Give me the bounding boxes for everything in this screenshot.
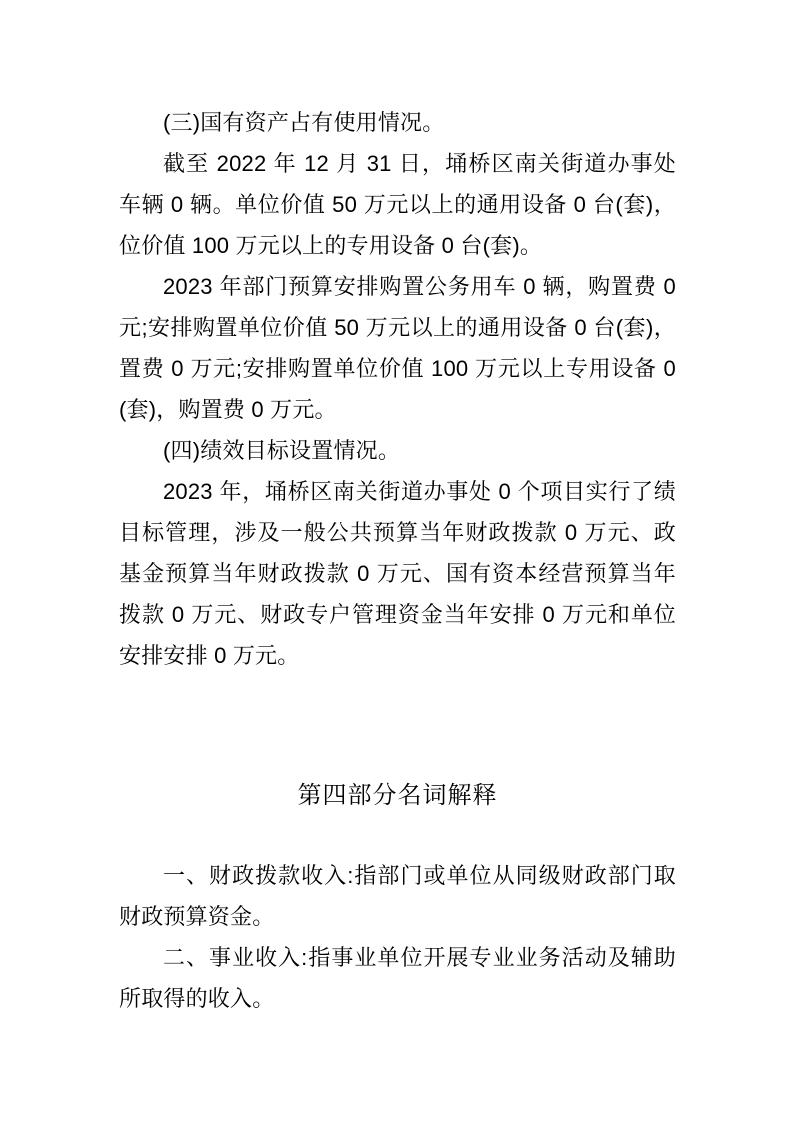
text-line: 截至 2022 年 12 月 31 日，埇桥区南关街道办事处共有 [119,143,676,184]
text-line: 所取得的收入。 [119,978,676,1019]
text-line: 一、财政拨款收入:指部门或单位从同级财政部门取得的 [119,855,676,896]
text-line: 目标管理，涉及一般公共预算当年财政拨款 0 万元、政府性 [119,512,676,553]
text-line: 位价值 100 万元以上的专用设备 0 台(套)。 [119,225,676,266]
section-title: 第四部分名词解释 [119,776,676,817]
paragraph-asset-usage-heading: (三)国有资产占有使用情况。 [119,102,676,143]
paragraph-asset-status: 截至 2022 年 12 月 31 日，埇桥区南关街道办事处共有 车辆 0 辆。… [119,143,676,266]
text-line: 车辆 0 辆。单位价值 50 万元以上的通用设备 0 台(套)，单 [119,184,676,225]
paragraph-performance-targets: 2023 年，埇桥区南关街道办事处 0 个项目实行了绩效 目标管理，涉及一般公共… [119,471,676,676]
text-line: 基金预算当年财政拨款 0 万元、国有资本经营预算当年财政 [119,553,676,594]
text-line: 拨款 0 万元、财政专户管理资金当年安排 0 万元和单位资金 [119,594,676,635]
paragraph-performance-heading: (四)绩效目标设置情况。 [119,430,676,471]
glossary-section: 一、财政拨款收入:指部门或单位从同级财政部门取得的 财政预算资金。 二、事业收入… [119,855,676,1019]
document-page: (三)国有资产占有使用情况。 截至 2022 年 12 月 31 日，埇桥区南关… [0,0,793,1122]
text-line: (三)国有资产占有使用情况。 [119,102,676,143]
paragraph-2023-purchases: 2023 年部门预算安排购置公务用车 0 辆，购置费 0 万 元;安排购置单位价… [119,266,676,430]
text-line: 财政预算资金。 [119,896,676,937]
text-line: (套)，购置费 0 万元。 [119,389,676,430]
text-line: 元;安排购置单位价值 50 万元以上的通用设备 0 台(套)，购 [119,307,676,348]
text-line: 2023 年，埇桥区南关街道办事处 0 个项目实行了绩效 [119,471,676,512]
text-line: 二、事业收入:指事业单位开展专业业务活动及辅助活动 [119,937,676,978]
text-line: 2023 年部门预算安排购置公务用车 0 辆，购置费 0 万 [119,266,676,307]
text-line: 安排安排 0 万元。 [119,635,676,676]
text-line: 置费 0 万元;安排购置单位价值 100 万元以上专用设备 0 台 [119,348,676,389]
page-content: (三)国有资产占有使用情况。 截至 2022 年 12 月 31 日，埇桥区南关… [0,0,793,1019]
text-line: (四)绩效目标设置情况。 [119,430,676,471]
paragraph-definition-operating-income: 二、事业收入:指事业单位开展专业业务活动及辅助活动 所取得的收入。 [119,937,676,1019]
paragraph-definition-fiscal-income: 一、财政拨款收入:指部门或单位从同级财政部门取得的 财政预算资金。 [119,855,676,937]
